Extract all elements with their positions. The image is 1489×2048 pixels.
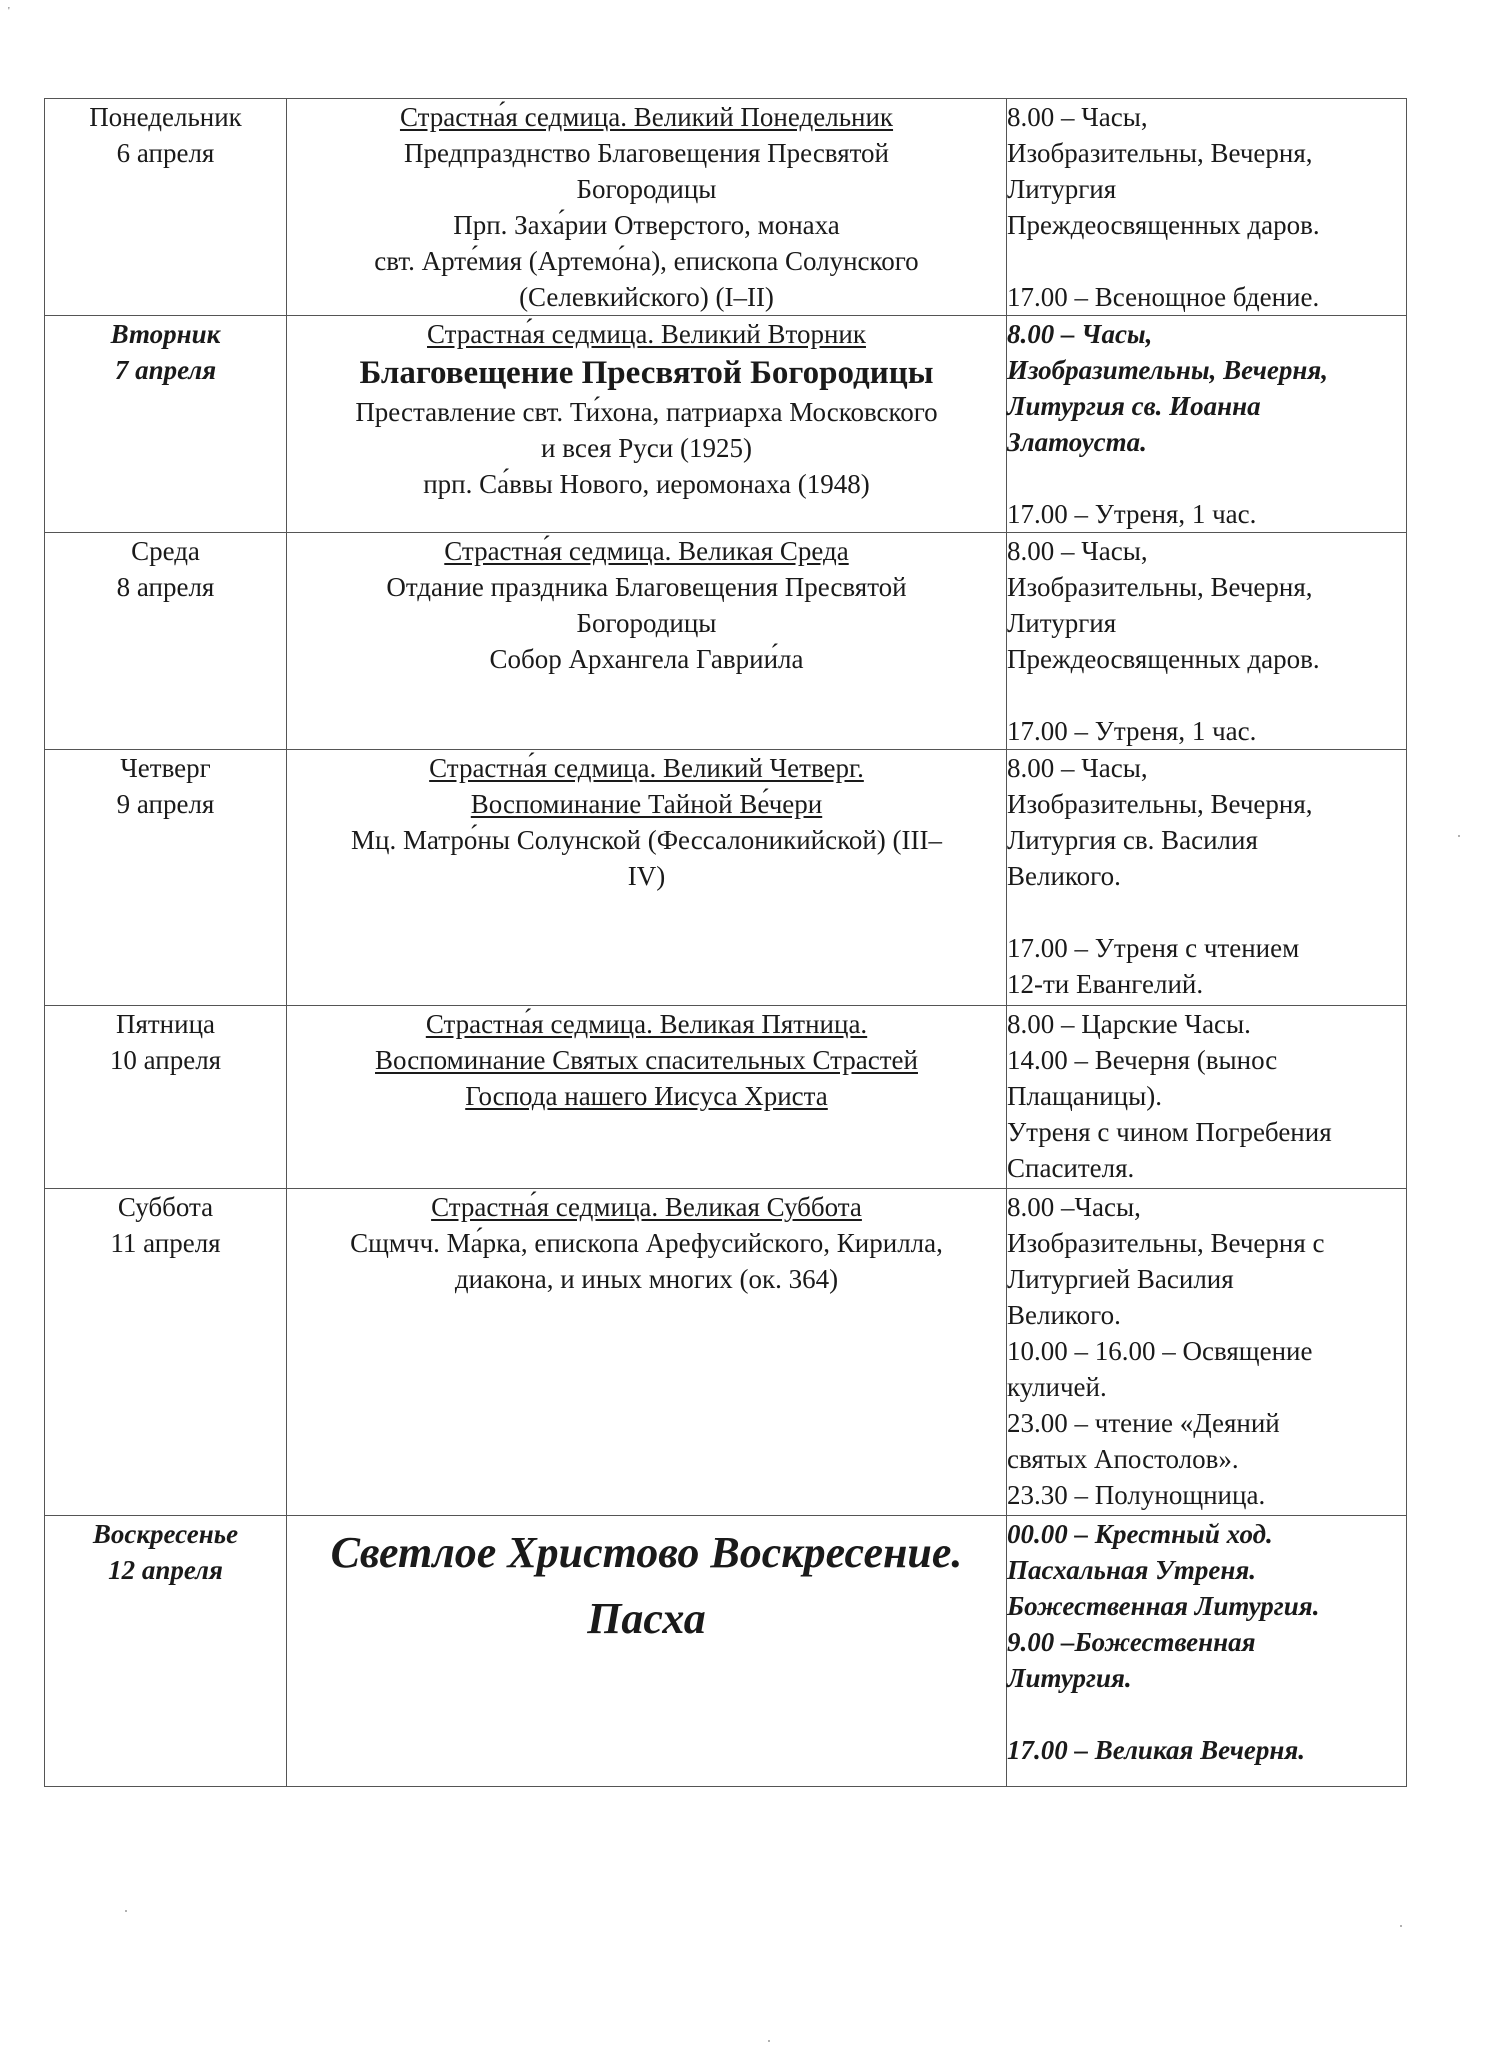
- feast-cell: Светлое Христово Воскресение.Пасха: [287, 1516, 1007, 1787]
- service-line: 8.00 –Часы,: [1007, 1189, 1406, 1225]
- commemoration-line: (Селевкийского) (I–II): [287, 279, 1006, 315]
- scan-mark: ': [8, 6, 10, 17]
- table-row: Пятница 10 апреля Страстна́я седмица. Ве…: [45, 1006, 1407, 1189]
- feast-heading: Страстна́я седмица. Великий Понедельник: [287, 99, 1006, 135]
- date-label: 7 апреля: [45, 352, 286, 388]
- service-line: 10.00 – 16.00 – Освящение: [1007, 1333, 1406, 1369]
- table-row: Суббота 11 апреля Страстна́я седмица. Ве…: [45, 1189, 1407, 1516]
- service-line: Преждеосвященных даров.: [1007, 641, 1406, 677]
- commemoration-line: Богородицы: [287, 605, 1006, 641]
- commemoration-line: Богородицы: [287, 171, 1006, 207]
- date-label: 8 апреля: [45, 569, 286, 605]
- service-line: 17.00 – Утреня, 1 час.: [1007, 713, 1406, 749]
- table-row: Среда 8 апреля Страстна́я седмица. Велик…: [45, 533, 1407, 750]
- commemoration-line: Предпразднство Благовещения Пресвятой: [287, 135, 1006, 171]
- spacer: [1007, 894, 1406, 930]
- service-line: Литургия св. Иоанна: [1007, 388, 1406, 424]
- weekday-label: Воскресенье: [45, 1516, 286, 1552]
- feast-heading: Страстна́я седмица. Великий Вторник: [287, 316, 1006, 352]
- date-label: 6 апреля: [45, 135, 286, 171]
- feast-heading: Воспоминание Тайной Ве́чери: [287, 786, 1006, 822]
- day-cell: Четверг 9 апреля: [45, 750, 287, 1006]
- service-line: 8.00 – Часы,: [1007, 750, 1406, 786]
- feast-heading: Господа нашего Иисуса Христа: [287, 1078, 1006, 1114]
- feast-cell: Страстна́я седмица. Великая СубботаСщмчч…: [287, 1189, 1007, 1516]
- feast-cell: Страстна́я седмица. Великий ПонедельникП…: [287, 99, 1007, 316]
- commemoration-line: Сщмчч. Ма́рка, епископа Арефусийского, К…: [287, 1225, 1006, 1261]
- feast-heading: Страстна́я седмица. Великая Пятница.: [287, 1006, 1006, 1042]
- day-cell: Среда 8 апреля: [45, 533, 287, 750]
- service-line: Пасхальная Утреня.: [1007, 1552, 1406, 1588]
- service-line: 17.00 – Всенощное бдение.: [1007, 279, 1406, 315]
- day-cell: Воскресенье 12 апреля: [45, 1516, 287, 1787]
- service-line: Изобразительны, Вечерня,: [1007, 352, 1406, 388]
- scan-speck: [768, 2040, 770, 2042]
- weekday-label: Пятница: [45, 1006, 286, 1042]
- table-row: Понедельник 6 апреля Страстна́я седмица.…: [45, 99, 1407, 316]
- weekday-label: Четверг: [45, 750, 286, 786]
- scan-speck: [125, 1910, 127, 1912]
- spacer: [1007, 1696, 1406, 1732]
- weekday-label: Суббота: [45, 1189, 286, 1225]
- schedule-body: Понедельник 6 апреля Страстна́я седмица.…: [45, 99, 1407, 1787]
- day-cell: Пятница 10 апреля: [45, 1006, 287, 1189]
- weekday-label: Вторник: [45, 316, 286, 352]
- date-label: 9 апреля: [45, 786, 286, 822]
- great-feast-title: Благовещение Пресвятой Богородицы: [287, 352, 1006, 394]
- feast-heading: Страстна́я седмица. Великая Суббота: [287, 1189, 1006, 1225]
- service-line: 17.00 – Утреня, 1 час.: [1007, 496, 1406, 532]
- feast-heading: Воспоминание Святых спасительных Страсте…: [287, 1042, 1006, 1078]
- service-line: Литургия: [1007, 171, 1406, 207]
- pascha-title: Пасха: [287, 1582, 1006, 1648]
- date-label: 11 апреля: [45, 1225, 286, 1261]
- service-line: 23.00 – чтение «Деяний: [1007, 1405, 1406, 1441]
- pascha-title: Светлое Христово Воскресение.: [287, 1516, 1006, 1582]
- service-line: Изобразительны, Вечерня,: [1007, 569, 1406, 605]
- commemoration-line: Прп. Заха́рии Отверстого, монаха: [287, 207, 1006, 243]
- spacer: [1007, 677, 1406, 713]
- services-cell: 8.00 – Часы,Изобразительны, Вечерня,Литу…: [1007, 316, 1407, 533]
- feast-cell: Страстна́я седмица. Великий ВторникБлаго…: [287, 316, 1007, 533]
- date-label: 10 апреля: [45, 1042, 286, 1078]
- service-line: Златоуста.: [1007, 424, 1406, 460]
- service-line: Великого.: [1007, 858, 1406, 894]
- service-line: Литургия: [1007, 605, 1406, 641]
- service-line: 8.00 – Часы,: [1007, 533, 1406, 569]
- service-line: 23.30 – Полунощница.: [1007, 1477, 1406, 1513]
- day-cell: Понедельник 6 апреля: [45, 99, 287, 316]
- scan-speck: [1458, 835, 1460, 837]
- spacer: [1007, 460, 1406, 496]
- services-cell: 8.00 – Часы,Изобразительны, Вечерня,Литу…: [1007, 533, 1407, 750]
- scan-speck: [1400, 1925, 1402, 1927]
- commemoration-line: Отдание праздника Благовещения Пресвятой: [287, 569, 1006, 605]
- commemoration-line: прп. Са́ввы Нового, иеромонаха (1948): [287, 466, 1006, 502]
- service-line: Изобразительны, Вечерня,: [1007, 135, 1406, 171]
- day-cell: Суббота 11 апреля: [45, 1189, 287, 1516]
- service-line: 17.00 – Великая Вечерня.: [1007, 1732, 1406, 1768]
- service-line: куличей.: [1007, 1369, 1406, 1405]
- service-line: Литургией Василия: [1007, 1261, 1406, 1297]
- commemoration-line: Преставление свт. Ти́хона, патриарха Мос…: [287, 394, 1006, 430]
- service-line: 8.00 – Царские Часы.: [1007, 1006, 1406, 1042]
- service-line: Изобразительны, Вечерня,: [1007, 786, 1406, 822]
- commemoration-line: и всея Руси (1925): [287, 430, 1006, 466]
- service-line: Преждеосвященных даров.: [1007, 207, 1406, 243]
- date-label: 12 апреля: [45, 1552, 286, 1588]
- service-line: святых Апостолов».: [1007, 1441, 1406, 1477]
- spacer: [1007, 243, 1406, 279]
- commemoration-line: IV): [287, 858, 1006, 894]
- feast-cell: Страстна́я седмица. Великая СредаОтдание…: [287, 533, 1007, 750]
- service-line: Божественная Литургия.: [1007, 1588, 1406, 1624]
- commemoration-line: Собор Архангела Гаврии́ла: [287, 641, 1006, 677]
- services-cell: 00.00 – Крестный ход.Пасхальная Утреня.Б…: [1007, 1516, 1407, 1787]
- holy-week-schedule-table: Понедельник 6 апреля Страстна́я седмица.…: [44, 98, 1407, 1787]
- service-line: Изобразительны, Вечерня с: [1007, 1225, 1406, 1261]
- services-cell: 8.00 –Часы,Изобразительны, Вечерня сЛиту…: [1007, 1189, 1407, 1516]
- service-line: Утреня с чином Погребения: [1007, 1114, 1406, 1150]
- services-cell: 8.00 – Часы,Изобразительны, Вечерня,Литу…: [1007, 99, 1407, 316]
- service-line: 00.00 – Крестный ход.: [1007, 1516, 1406, 1552]
- service-line: Великого.: [1007, 1297, 1406, 1333]
- commemoration-line: Мц. Матро́ны Солунской (Фессалоникийской…: [287, 822, 1006, 858]
- service-line: Литургия св. Василия: [1007, 822, 1406, 858]
- service-line: Плащаницы).: [1007, 1078, 1406, 1114]
- table-row: Воскресенье 12 апреля Светлое Христово В…: [45, 1516, 1407, 1787]
- commemoration-line: диакона, и иных многих (ок. 364): [287, 1261, 1006, 1297]
- feast-cell: Страстна́я седмица. Великий Четверг.Восп…: [287, 750, 1007, 1006]
- services-cell: 8.00 – Царские Часы.14.00 – Вечерня (вын…: [1007, 1006, 1407, 1189]
- day-cell: Вторник 7 апреля: [45, 316, 287, 533]
- feast-heading: Страстна́я седмица. Великий Четверг.: [287, 750, 1006, 786]
- table-row: Четверг 9 апреля Страстна́я седмица. Вел…: [45, 750, 1407, 1006]
- service-line: 14.00 – Вечерня (вынос: [1007, 1042, 1406, 1078]
- commemoration-line: свт. Арте́мия (Артемо́на), епископа Солу…: [287, 243, 1006, 279]
- service-line: 8.00 – Часы,: [1007, 99, 1406, 135]
- feast-cell: Страстна́я седмица. Великая Пятница.Восп…: [287, 1006, 1007, 1189]
- service-line: 17.00 – Утреня с чтением: [1007, 930, 1406, 966]
- feast-heading: Страстна́я седмица. Великая Среда: [287, 533, 1006, 569]
- services-cell: 8.00 – Часы,Изобразительны, Вечерня,Литу…: [1007, 750, 1407, 1006]
- service-line: Литургия.: [1007, 1660, 1406, 1696]
- service-line: 8.00 – Часы,: [1007, 316, 1406, 352]
- service-line: Спасителя.: [1007, 1150, 1406, 1186]
- table-row: Вторник 7 апреля Страстна́я седмица. Вел…: [45, 316, 1407, 533]
- service-line: 12-ти Евангелий.: [1007, 966, 1406, 1002]
- weekday-label: Понедельник: [45, 99, 286, 135]
- weekday-label: Среда: [45, 533, 286, 569]
- service-line: 9.00 –Божественная: [1007, 1624, 1406, 1660]
